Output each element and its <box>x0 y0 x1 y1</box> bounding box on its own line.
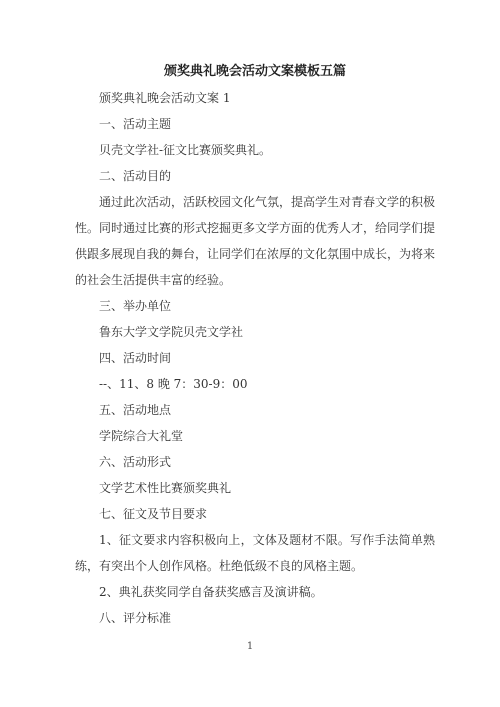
paragraph-time-text: --、11、8 晚 7：30-9：00 <box>75 371 435 397</box>
paragraph-organizer-text: 鲁东大学文学院贝壳文学社 <box>75 319 435 345</box>
paragraph-purpose-text: 通过此次活动，活跃校园文化气氛，提高学生对青春文学的积极性。同时通过比赛的形式挖… <box>75 189 435 293</box>
paragraph-heading-purpose: 二、活动目的 <box>75 163 435 189</box>
document-body: 颁奖典礼晚会活动文案模板五篇 颁奖典礼晚会活动文案 1 一、活动主题 贝壳文学社… <box>75 59 435 631</box>
paragraph-doc-label: 颁奖典礼晚会活动文案 1 <box>75 85 435 111</box>
page-number: 1 <box>0 641 500 652</box>
paragraph-heading-theme: 一、活动主题 <box>75 111 435 137</box>
paragraph-location-text: 学院综合大礼堂 <box>75 423 435 449</box>
paragraph-heading-scoring: 八、评分标准 <box>75 605 435 631</box>
paragraph-format-text: 文学艺术性比赛颁奖典礼 <box>75 475 435 501</box>
paragraph-requirement-1: 1、征文要求内容积极向上，文体及题材不限。写作手法简单熟练，有突出个人创作风格。… <box>75 527 435 579</box>
paragraph-heading-organizer: 三、举办单位 <box>75 293 435 319</box>
paragraph-heading-requirements: 七、征文及节目要求 <box>75 501 435 527</box>
paragraph-heading-time: 四、活动时间 <box>75 345 435 371</box>
document-title: 颁奖典礼晚会活动文案模板五篇 <box>75 59 435 85</box>
paragraph-heading-location: 五、活动地点 <box>75 397 435 423</box>
paragraph-theme-text: 贝壳文学社-征文比赛颁奖典礼。 <box>75 137 435 163</box>
paragraph-requirement-2: 2、典礼获奖同学自备获奖感言及演讲稿。 <box>75 579 435 605</box>
document-page: 颁奖典礼晚会活动文案模板五篇 颁奖典礼晚会活动文案 1 一、活动主题 贝壳文学社… <box>0 0 500 707</box>
paragraph-heading-format: 六、活动形式 <box>75 449 435 475</box>
